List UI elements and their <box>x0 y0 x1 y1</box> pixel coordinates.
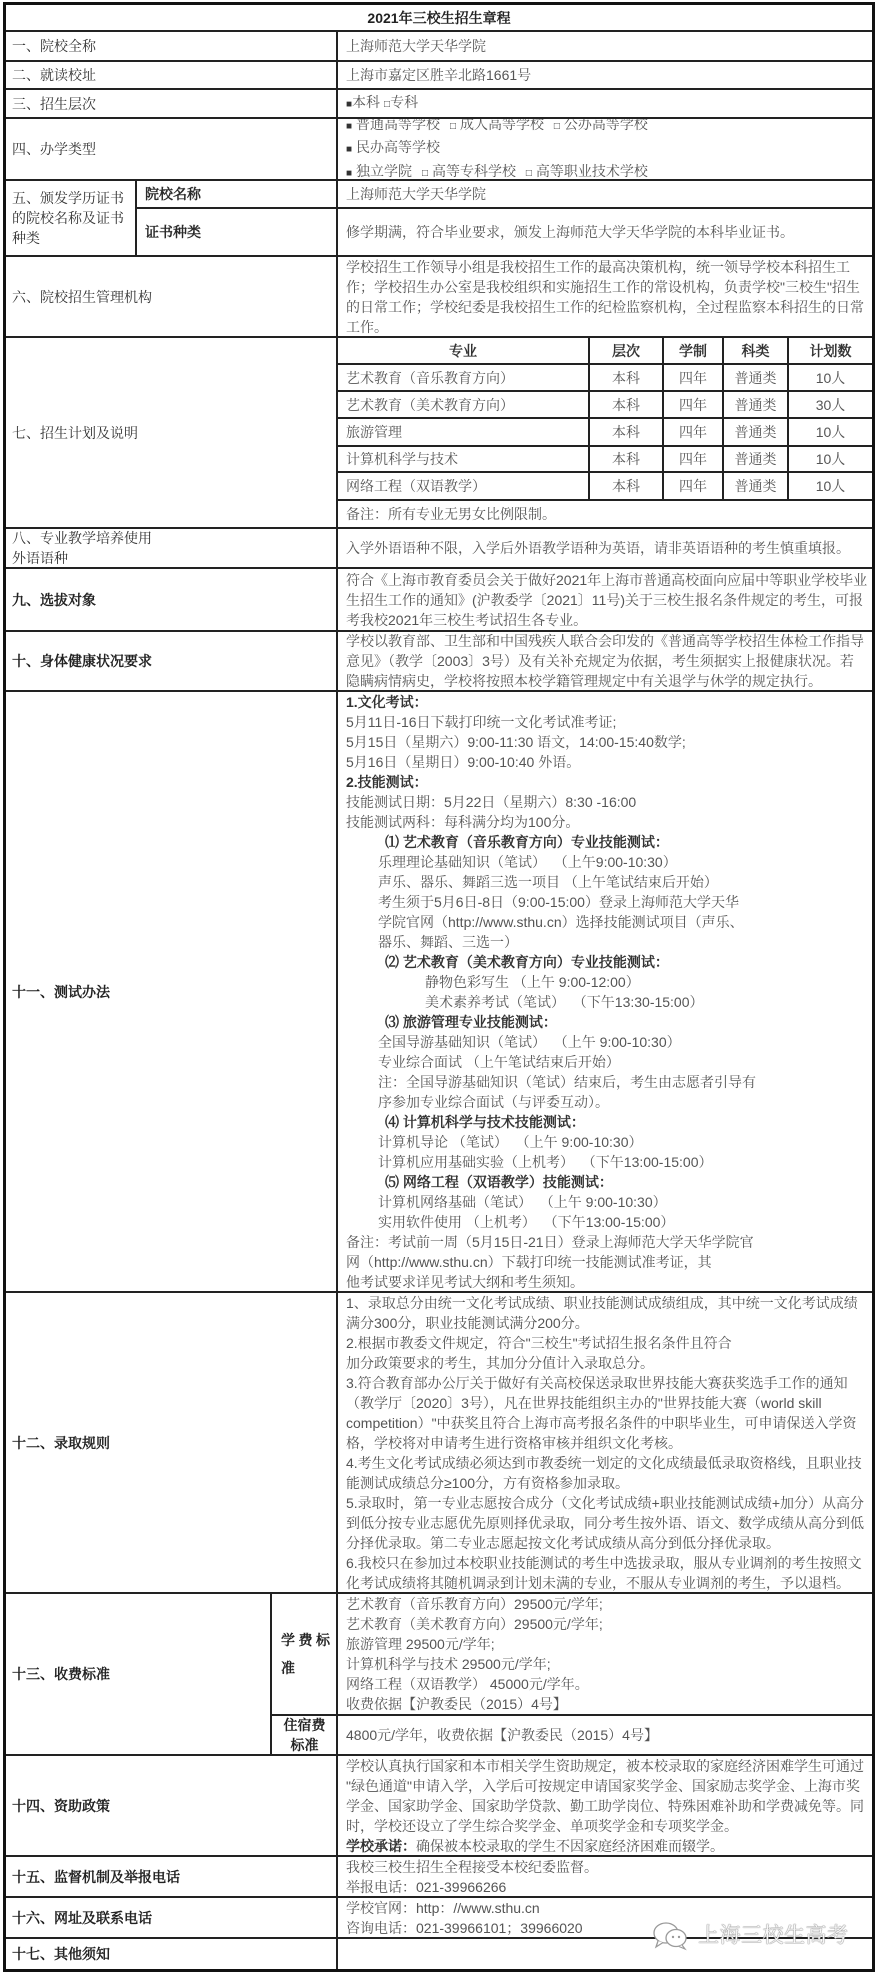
test-line: 静物色彩写生 （上午 9:00-12:00） <box>425 972 756 992</box>
promise-label: 学校承诺： <box>346 1838 416 1854</box>
plan-cell-quota: 30人 <box>789 392 872 419</box>
plan-cell-quota: 10人 <box>789 419 872 447</box>
unchecked-box-icon: □ <box>450 121 456 132</box>
test-line: 5月16日（星期日）9:00-10:40 外语。 <box>346 752 756 772</box>
value-admission-rules: 1、录取总分由统一文化考试成绩、职业技能测试成绩组成，其中统一文化考试成绩 满分… <box>338 1293 872 1594</box>
value-school-full-name: 上海师范大学天华学院 <box>338 32 872 62</box>
label-school-type: 四、办学类型 <box>6 119 338 181</box>
option-label: 成人高等学校 <box>460 119 544 132</box>
label-enrollment-plan: 七、招生计划及说明 <box>6 338 338 529</box>
unchecked-box-icon: □ <box>526 168 532 179</box>
test-methods-lines: 1.文化考试： 5月11日-16日下载打印统一文化考试准考证; 5月15日（星期… <box>346 692 756 1292</box>
test-line: 计算机导论 （笔试） （上午 9:00-10:30） <box>378 1132 756 1152</box>
subheading-computer-science: ⑷ 计算机科学与技术技能测试： <box>385 1112 756 1132</box>
document-title: 2021年三校生招生章程 <box>6 5 872 32</box>
promise-text: 确保被本校录取的学生不因家庭经济困难而辍学。 <box>416 1838 724 1854</box>
label-enrollment-level: 三、招生层次 <box>6 90 338 119</box>
option-label: 本科 <box>352 94 380 110</box>
label-teaching-language: 八、专业教学培养使用 外语语种 <box>6 529 338 569</box>
option-adult-higher-school: □成人高等学校 <box>450 119 544 132</box>
admission-management-text: 学校招生工作领导小组是我校招生工作的最高决策机构，统一领导学校本科招生工 作；学… <box>346 257 864 337</box>
value-tuition: 艺术教育（音乐教育方向）29500元/学年; 艺术教育（美术教育方向）29500… <box>338 1594 872 1716</box>
admission-rules-text: 1、录取总分由统一文化考试成绩、职业技能测试成绩组成，其中统一文化考试成绩 满分… <box>346 1293 864 1593</box>
label-test-methods: 十一、测试办法 <box>6 692 338 1293</box>
value-admission-management: 学校招生工作领导小组是我校招生工作的最高决策机构，统一领导学校本科招生工 作；学… <box>338 257 872 338</box>
plan-note: 备注：所有专业无男女比例限制。 <box>338 501 872 529</box>
tuition-text: 艺术教育（音乐教育方向）29500元/学年; 艺术教育（美术教育方向）29500… <box>346 1594 603 1714</box>
value-test-methods: 1.文化考试： 5月11日-16日下载打印统一文化考试准考证; 5月15日（星期… <box>338 692 872 1293</box>
checked-box-icon: ■ <box>346 121 352 132</box>
option-vocational-technical-school: □高等职业技术学校 <box>526 163 648 179</box>
option-undergraduate: ■本科 <box>346 92 380 115</box>
school-promise: 学校承诺：确保被本校录取的学生不因家庭经济困难而辍学。 <box>346 1836 864 1856</box>
test-line: 实用软件使用 （上机考） （下午13:00-15:00） <box>378 1212 756 1232</box>
school-type-line: ■独立学院 □高等专科学校 □高等职业技术学校 <box>346 161 654 181</box>
test-line: 计算机应用基础实验（上机考） （下午13:00-15:00） <box>378 1152 756 1172</box>
financial-aid-block: 学校认真执行国家和本市相关学生资助规定，被本校录取的家庭经济困难学生可通过 "绿… <box>346 1756 864 1856</box>
eligible-applicants-text: 符合《上海市教育委员会关于做好2021年上海市普通高校面向应届中等职业学校毕业 … <box>346 570 867 630</box>
plan-header-duration: 学制 <box>664 338 724 365</box>
plan-cell-duration: 四年 <box>664 473 724 501</box>
checked-box-icon: ■ <box>346 168 352 179</box>
sublabel-school-name: 院校名称 <box>137 181 338 209</box>
value-health-requirements: 学校以教育部、卫生部和中国残疾人联合会印发的《普通高等学校招生体检工作指导 意见… <box>338 632 872 692</box>
test-line: 乐理理论基础知识（笔试） （上午9:00-10:30） <box>378 852 756 872</box>
school-type-line: ■普通高等学校 □成人高等学校 □公办高等学校 <box>346 119 654 137</box>
accommodation-text: 4800元/学年，收费依据【沪教委民（2015）4号】 <box>346 1725 658 1745</box>
unchecked-box-icon: □ <box>554 121 560 132</box>
diploma-school-name: 上海师范大学天华学院 <box>346 184 486 204</box>
plan-cell-quota: 10人 <box>789 365 872 392</box>
test-line: 学院官网（http://www.sthu.cn）选择技能测试项目（声乐、 <box>378 912 756 932</box>
plan-cell-major: 艺术教育（美术教育方向） <box>338 392 590 419</box>
plan-cell-level: 本科 <box>590 419 664 447</box>
campus-address: 上海市嘉定区胜辛北路1661号 <box>346 65 531 85</box>
school-type-line: ■民办高等学校 <box>346 137 654 161</box>
sublabel-certificate-type: 证书种类 <box>137 209 338 257</box>
value-eligible-applicants: 符合《上海市教育委员会关于做好2021年上海市普通高校面向应届中等职业学校毕业 … <box>338 569 872 632</box>
value-diploma-school-name: 上海师范大学天华学院 <box>338 181 872 209</box>
option-label: 民办高等学校 <box>356 139 440 155</box>
accommodation-label: 住宿费标准 <box>280 1716 329 1755</box>
value-other-notes <box>338 1939 872 1969</box>
plan-cell-duration: 四年 <box>664 447 724 473</box>
section-heading-skill-test: 2.技能测试： <box>346 772 756 792</box>
tuition-label: 学费标准 <box>281 1626 330 1682</box>
school-type-options: ■普通高等学校 □成人高等学校 □公办高等学校 ■民办高等学校 ■独立学院 □高… <box>346 119 654 181</box>
certificate-type: 修学期满，符合毕业要求，颁发上海师范大学天华学院的本科毕业证书。 <box>346 222 794 242</box>
website-contact-text: 学校官网：http：//www.sthu.cn 咨询电话：021-3996610… <box>346 1898 583 1938</box>
option-label: 专科 <box>390 94 418 110</box>
value-website-contact: 学校官网：http：//www.sthu.cn 咨询电话：021-3996610… <box>338 1898 872 1939</box>
label-other-notes: 十七、其他须知 <box>6 1939 338 1969</box>
teaching-language-text: 入学外语语种不限，入学后外语教学语种为英语，请非英语语种的考生慎重填报。 <box>346 538 850 558</box>
plan-cell-level: 本科 <box>590 447 664 473</box>
test-line: 序参加专业综合面试（与评委互动）。 <box>378 1092 756 1112</box>
sublabel-accommodation: 住宿费标准 <box>272 1716 338 1756</box>
test-line: 5月15日（星期六）9:00-11:30 语文，14:00-15:40数学; <box>346 732 756 752</box>
label-fee-standards: 十三、收费标准 <box>6 1594 272 1756</box>
option-private-higher-school: ■民办高等学校 <box>346 139 440 155</box>
subheading-network-engineering: ⑸ 网络工程（双语教学）技能测试： <box>385 1172 756 1192</box>
label-financial-aid: 十四、资助政策 <box>6 1756 338 1857</box>
plan-cell-duration: 四年 <box>664 419 724 447</box>
value-financial-aid: 学校认真执行国家和本市相关学生资助规定，被本校录取的家庭经济困难学生可通过 "绿… <box>338 1756 872 1857</box>
checked-box-icon: ■ <box>346 144 352 155</box>
plan-cell-level: 本科 <box>590 392 664 419</box>
pl​an-cell-category: 普通类 <box>724 473 789 501</box>
plan-cell-major: 旅游管理 <box>338 419 590 447</box>
sublabel-tuition: 学费标准 <box>272 1594 338 1716</box>
plan-cell-category: 普通类 <box>724 419 789 447</box>
label-supervision-hotline: 十五、监督机制及举报电话 <box>6 1857 338 1898</box>
test-line: 注：全国导游基础知识（笔试）结束后，考生由志愿者引导有 <box>378 1072 756 1092</box>
school-full-name: 上海师范大学天华学院 <box>346 36 486 56</box>
test-note-line: 他考试要求详见考试大纲和考生须知。 <box>346 1272 756 1292</box>
test-line: 器乐、舞蹈、三选一） <box>378 932 756 952</box>
plan-cell-quota: 10人 <box>789 473 872 501</box>
plan-header-major: 专业 <box>338 338 590 365</box>
plan-cell-quota: 10人 <box>789 447 872 473</box>
plan-cell-duration: 四年 <box>664 365 724 392</box>
section-heading-culture-exam: 1.文化考试： <box>346 692 756 712</box>
label-campus-address: 二、就读校址 <box>6 62 338 90</box>
test-line: 全国导游基础知识（笔试） （上午 9:00-10:30） <box>378 1032 756 1052</box>
unchecked-box-icon: □ <box>422 168 428 179</box>
plan-header-quota: 计划数 <box>789 338 872 365</box>
label-diploma-issuer: 五、颁发学历证书 的院校名称及证书 种类 <box>6 181 137 257</box>
financial-aid-text: 学校认真执行国家和本市相关学生资助规定，被本校录取的家庭经济困难学生可通过 "绿… <box>346 1756 864 1836</box>
test-line: 计算机网络基础（笔试） （上午 9:00-10:30） <box>378 1192 756 1212</box>
label-health-requirements: 十、身体健康状况要求 <box>6 632 338 692</box>
option-label: 高等专科学校 <box>432 163 516 179</box>
plan-cell-major: 艺术教育（音乐教育方向） <box>338 365 590 392</box>
label-eligible-applicants: 九、选拔对象 <box>6 569 338 632</box>
test-line: 技能测试两科：每科满分均为100分。 <box>346 812 756 832</box>
plan-note-text: 备注：所有专业无男女比例限制。 <box>346 504 556 524</box>
test-line: 专业综合面试 （上午笔试结束后开始） <box>378 1052 756 1072</box>
plan-cell-category: 普通类 <box>724 365 789 392</box>
option-junior-college-school: □高等专科学校 <box>422 163 516 179</box>
value-teaching-language: 入学外语语种不限，入学后外语教学语种为英语，请非英语语种的考生慎重填报。 <box>338 529 872 569</box>
test-line: 美术素养考试（笔试） （下午13:30-15:00） <box>425 992 756 1012</box>
plan-cell-major: 网络工程（双语教学） <box>338 473 590 501</box>
option-regular-higher-school: ■普通高等学校 <box>346 119 440 132</box>
value-enrollment-level: ■本科 □专科 <box>338 90 872 119</box>
plan-header-level: 层次 <box>590 338 664 365</box>
option-label: 普通高等学校 <box>356 119 440 132</box>
label-school-full-name: 一、院校全称 <box>6 32 338 62</box>
option-junior-college: □专科 <box>384 92 418 115</box>
plan-cell-level: 本科 <box>590 365 664 392</box>
plan-cell-category: 普通类 <box>724 447 789 473</box>
option-label: 公办高等学校 <box>564 119 648 132</box>
plan-header-category: 科类 <box>724 338 789 365</box>
test-line: 考生须于5月6日-8日（9:00-15:00）登录上海师范大学天华 <box>378 892 756 912</box>
test-line: 5月11日-16日下载打印统一文化考试准考证; <box>346 712 756 732</box>
label-admission-management: 六、院校招生管理机构 <box>6 257 338 338</box>
value-certificate-type: 修学期满，符合毕业要求，颁发上海师范大学天华学院的本科毕业证书。 <box>338 209 872 257</box>
value-campus-address: 上海市嘉定区胜辛北路1661号 <box>338 62 872 90</box>
plan-cell-major: 计算机科学与技术 <box>338 447 590 473</box>
label-website-contact: 十六、网址及联系电话 <box>6 1898 338 1939</box>
plan-cell-level: 本科 <box>590 473 664 501</box>
option-public-higher-school: □公办高等学校 <box>554 119 648 132</box>
option-label: 高等职业技术学校 <box>536 163 648 179</box>
plan-cell-category: 普通类 <box>724 392 789 419</box>
value-accommodation: 4800元/学年，收费依据【沪教委民（2015）4号】 <box>338 1716 872 1756</box>
subheading-tourism-management: ⑶ 旅游管理专业技能测试： <box>385 1012 756 1032</box>
option-independent-college: ■独立学院 <box>346 163 412 179</box>
value-supervision-hotline: 我校三校生招生全程接受本校纪委监督。 举报电话：021-39966266 <box>338 1857 872 1898</box>
test-note-line: 备注：考试前一周（5月15日-21日）登录上海师范大学天华学院官 <box>346 1232 756 1252</box>
test-line: 声乐、器乐、舞蹈三选一项目 （上午笔试结束后开始） <box>378 872 756 892</box>
health-requirements-text: 学校以教育部、卫生部和中国残疾人联合会印发的《普通高等学校招生体检工作指导 意见… <box>346 632 864 691</box>
test-note-line: 网（http://www.sthu.cn）下载打印统一技能测试准考证，其 <box>346 1252 756 1272</box>
option-label: 独立学院 <box>356 163 412 179</box>
subheading-music-education: ⑴ 艺术教育（音乐教育方向）专业技能测试： <box>385 832 756 852</box>
value-school-type: ■普通高等学校 □成人高等学校 □公办高等学校 ■民办高等学校 ■独立学院 □高… <box>338 119 872 181</box>
plan-cell-duration: 四年 <box>664 392 724 419</box>
label-admission-rules: 十二、录取规则 <box>6 1293 338 1594</box>
subheading-fine-arts-education: ⑵ 艺术教育（美术教育方向）专业技能测试： <box>385 952 756 972</box>
test-line: 技能测试日期：5月22日（星期六）8:30 -16:00 <box>346 792 756 812</box>
supervision-hotline-text: 我校三校生招生全程接受本校纪委监督。 举报电话：021-39966266 <box>346 1857 598 1897</box>
